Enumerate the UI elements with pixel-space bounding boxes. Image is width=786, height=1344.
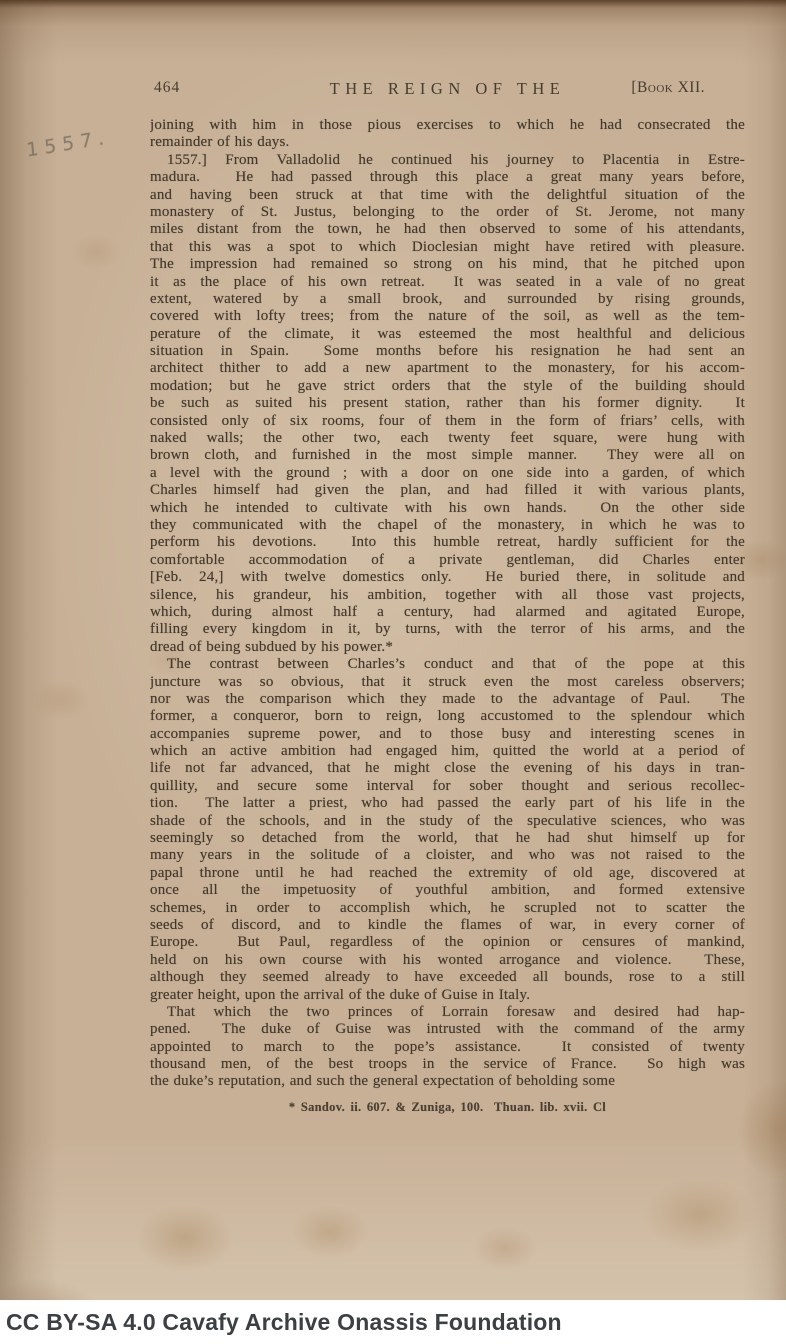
body-line: a level with the ground ; with a door on… — [150, 465, 745, 482]
body-line: That which the two princes of Lorrain fo… — [150, 1004, 745, 1021]
body-line: madura. He had passed through this place… — [150, 169, 745, 186]
body-line: which, during almost half a century, had… — [150, 604, 745, 621]
footnote: * Sandov. ii. 607. & Zuniga, 100. Thuan.… — [150, 1100, 745, 1115]
body-line: once all the impetuosity of youthful amb… — [150, 882, 745, 899]
book-label: [Book XII. — [631, 79, 705, 97]
body-line: shade of the schools, and in the study o… — [150, 813, 745, 830]
body-line: filling every kingdom in it, by turns, w… — [150, 621, 745, 638]
body-line: seemingly so detached from the world, th… — [150, 830, 745, 847]
body-line: appointed to march to the pope’s assista… — [150, 1039, 745, 1056]
body-line: situation in Spain. Some months before h… — [150, 343, 745, 360]
body-line: brown cloth, and furnished in the most s… — [150, 447, 745, 464]
body-line: seeds of discord, and to kindle the flam… — [150, 917, 745, 934]
body-line: [Feb. 24,] with twelve domestics only. H… — [150, 569, 745, 586]
body-line: pened. The duke of Guise was intrusted w… — [150, 1021, 745, 1038]
body-line: papal throne until he had reached the ex… — [150, 865, 745, 882]
attribution-text: CC BY-SA 4.0 Cavafy Archive Onassis Foun… — [0, 1309, 562, 1336]
body-line: perature of the climate, it was esteemed… — [150, 326, 745, 343]
body-line: Europe. But Paul, regardless of the opin… — [150, 934, 745, 951]
body-line: that this was a spot to which Dioclesian… — [150, 239, 745, 256]
body-line: former, a conqueror, born to reign, long… — [150, 708, 745, 725]
body-line: nor was the comparison which they made t… — [150, 691, 745, 708]
body-line: dread of being subdued by his power.* — [150, 639, 745, 656]
body-line: modation; but he gave strict orders that… — [150, 378, 745, 395]
body-line: silence, his grandeur, his ambition, tog… — [150, 587, 745, 604]
body-line: greater height, upon the arrival of the … — [150, 987, 745, 1004]
body-line: covered with lofty trees; from the natur… — [150, 308, 745, 325]
body-line: perform his devotions. Into this humble … — [150, 534, 745, 551]
page-body: joining with him in those pious exercise… — [150, 117, 745, 1091]
body-line: The contrast between Charles’s conduct a… — [150, 656, 745, 673]
body-line: which an active ambition had engaged him… — [150, 743, 745, 760]
body-line: the duke’s reputation, and such the gene… — [150, 1073, 745, 1090]
body-line: Charles himself had given the plan, and … — [150, 482, 745, 499]
body-line: accompanies supreme power, and to those … — [150, 726, 745, 743]
body-line: monastery of St. Justus, belonging to th… — [150, 204, 745, 221]
body-line: juncture was so obvious, that it struck … — [150, 674, 745, 691]
body-line: comfortable accommodation of a private g… — [150, 552, 745, 569]
body-line: miles distant from the town, he had then… — [150, 221, 745, 238]
body-line: although they seemed already to have exc… — [150, 969, 745, 986]
body-line: joining with him in those pious exercise… — [150, 117, 745, 134]
body-line: remainder of his days. — [150, 134, 745, 151]
page-header: 464 THE REIGN OF THE [Book XII. — [150, 79, 745, 99]
body-line: 1557.] From Valladolid he continued his … — [150, 152, 745, 169]
body-line: they communicated with the chapel of the… — [150, 517, 745, 534]
body-line: held on his own course with his wonted a… — [150, 952, 745, 969]
body-line: architect thither to add a new apartment… — [150, 360, 745, 377]
body-line: and having been struck at that time with… — [150, 187, 745, 204]
body-line: thousand men, of the best troops in the … — [150, 1056, 745, 1073]
body-line: naked walls; the other two, each twenty … — [150, 430, 745, 447]
body-line: The impression had remained so strong on… — [150, 256, 745, 273]
body-line: many years in the solitude of a cloister… — [150, 847, 745, 864]
attribution-bar: CC BY-SA 4.0 Cavafy Archive Onassis Foun… — [0, 1300, 786, 1344]
body-line: be such as suited his present station, r… — [150, 395, 745, 412]
body-line: tion. The latter a priest, who had passe… — [150, 795, 745, 812]
body-line: extent, watered by a small brook, and su… — [150, 291, 745, 308]
body-line: consisted only of six rooms, four of the… — [150, 413, 745, 430]
body-line: schemes, in order to accomplish which, h… — [150, 900, 745, 917]
body-line: quillity, and secure some interval for s… — [150, 778, 745, 795]
body-line: life not far advanced, that he might clo… — [150, 760, 745, 777]
body-line: it as the place of his own retreat. It w… — [150, 274, 745, 291]
body-line: which he intended to cultivate with his … — [150, 500, 745, 517]
